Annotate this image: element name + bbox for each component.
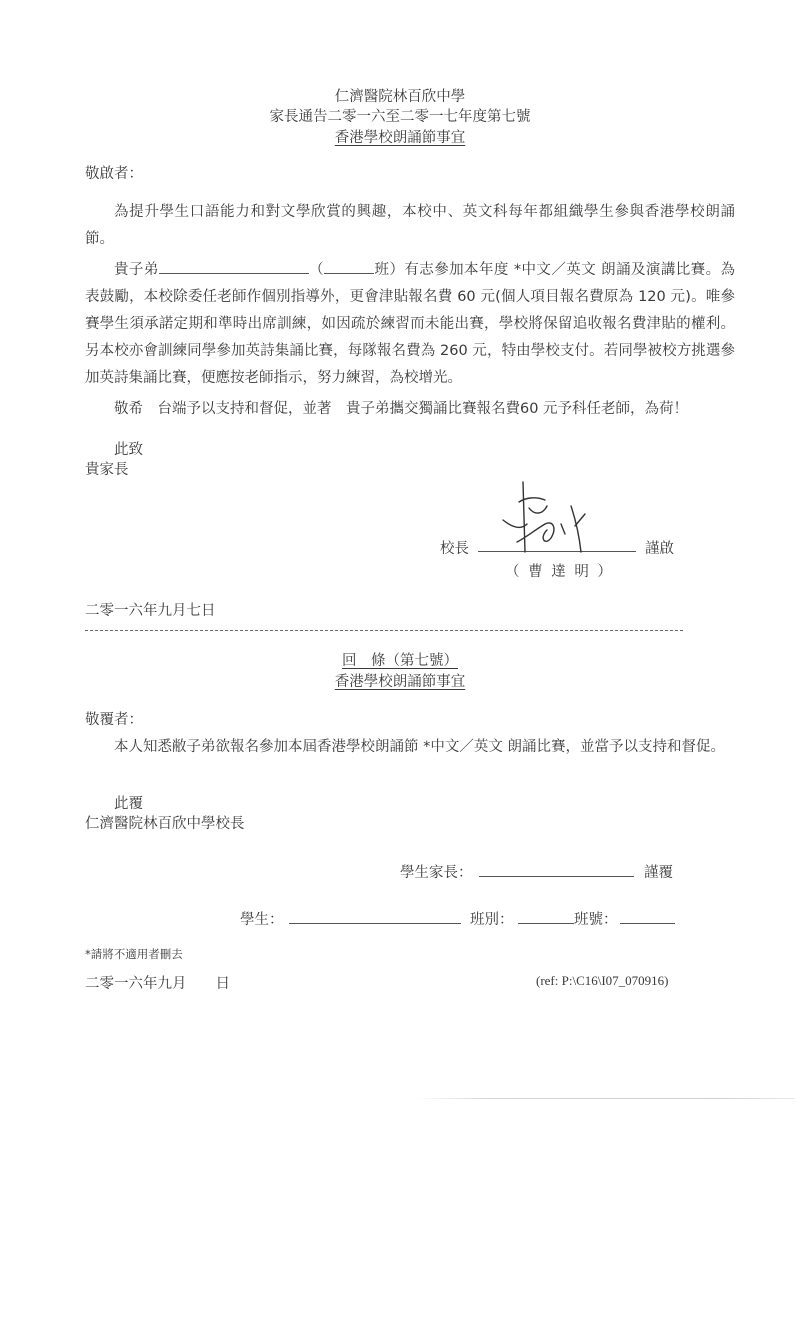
principal-name: （ 曹 達 明 ） bbox=[505, 560, 614, 581]
parent-signature-field[interactable] bbox=[479, 876, 634, 877]
reply-salutation: 敬覆者： bbox=[85, 708, 143, 729]
parent-label: 學生家長： bbox=[400, 861, 473, 882]
letter-paragraph-3: 敬希 台端予以支持和督促，並著 貴子弟攜交獨誦比賽報名費60 元予科任老師，為荷… bbox=[85, 396, 735, 423]
reply-closing-2: 仁濟醫院林百欣中學校長 bbox=[85, 812, 245, 833]
class-label: 班別： bbox=[470, 908, 514, 929]
reply-closing-1: 此覆 bbox=[114, 792, 143, 813]
school-name: 仁濟醫院林百欣中學 bbox=[0, 85, 800, 106]
signature-icon bbox=[495, 478, 605, 558]
reply-paragraph: 本人知悉敝子弟欲報名參加本屆香港學校朗誦節 *中文／英文 朗誦比賽，並當予以支持… bbox=[85, 734, 735, 761]
deletion-note: *請將不適用者刪去 bbox=[85, 946, 183, 962]
reply-slip-title: 回 條（第七號） bbox=[0, 649, 800, 670]
letter-closing-1: 此致 bbox=[114, 438, 143, 459]
principal-title: 校長 bbox=[440, 537, 469, 558]
notice-number: 家長通告二零一六至二零一七年度第七號 bbox=[0, 105, 800, 126]
notice-subject: 香港學校朗誦節事宜 bbox=[0, 126, 800, 147]
paragraph-2-body: 班）有志參加本年度 *中文／英文 朗誦及演講比賽。為表鼓勵，本校除委任老師作個別… bbox=[85, 262, 735, 386]
letter-salutation: 敬啟者： bbox=[85, 162, 143, 183]
letter-paragraph-1: 為提升學生口語能力和對文學欣賞的興趣，本校中、英文科每年都組織學生參與香港學校朗… bbox=[85, 199, 735, 253]
letter-date: 二零一六年九月七日 bbox=[85, 599, 216, 620]
student-name-blank[interactable] bbox=[159, 259, 309, 274]
scan-artifact-line bbox=[415, 1098, 795, 1099]
student-label: 學生： bbox=[240, 908, 284, 929]
paragraph-2-class-open: （ bbox=[309, 262, 324, 278]
letter-paragraph-2: 貴子弟（班）有志參加本年度 *中文／英文 朗誦及演講比賽。為表鼓勵，本校除委任老… bbox=[85, 257, 735, 392]
letter-closing-2: 貴家長 bbox=[85, 458, 129, 479]
class-field[interactable] bbox=[518, 923, 574, 924]
class-blank[interactable] bbox=[324, 259, 374, 274]
student-name-field[interactable] bbox=[289, 923, 461, 924]
number-label: 班號： bbox=[574, 908, 618, 929]
paragraph-2-prefix: 貴子弟 bbox=[114, 262, 159, 278]
parent-suffix: 謹覆 bbox=[644, 861, 673, 882]
principal-suffix: 謹啟 bbox=[645, 537, 674, 558]
reply-slip-subject-text: 香港學校朗誦節事宜 bbox=[335, 674, 466, 690]
cut-line-divider bbox=[85, 630, 683, 631]
class-number-field[interactable] bbox=[620, 923, 675, 924]
notice-subject-text: 香港學校朗誦節事宜 bbox=[335, 130, 466, 146]
reply-slip-subject: 香港學校朗誦節事宜 bbox=[0, 670, 800, 691]
reference-code: (ref: P:\C16\I07_070916) bbox=[536, 973, 669, 989]
reply-date: 二零一六年九月 日 bbox=[85, 972, 230, 993]
reply-slip-title-text: 回 條（第七號） bbox=[342, 653, 458, 669]
